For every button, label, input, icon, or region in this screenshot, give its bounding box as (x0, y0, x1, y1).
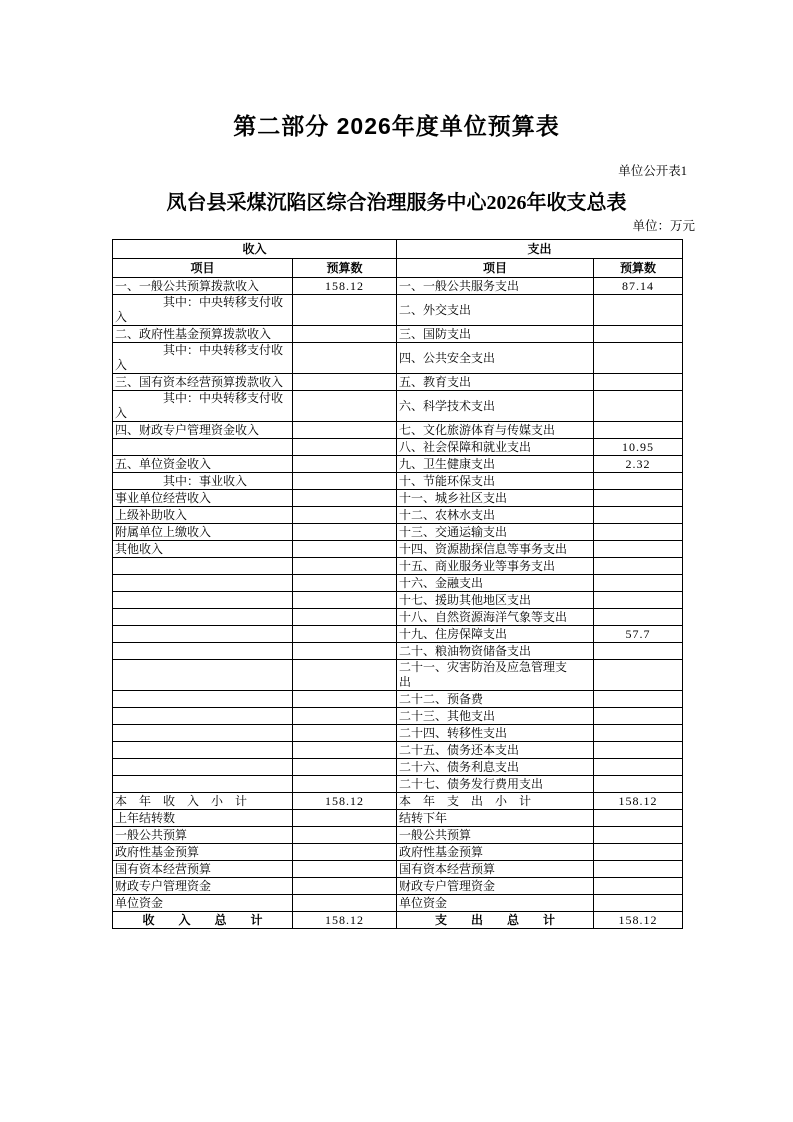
table-row: 二十二、预备费 (113, 691, 683, 708)
table-row: 二十一、灾害防治及应急管理支出 (113, 660, 683, 691)
income-item-cell (113, 626, 293, 643)
income-value-cell (293, 742, 397, 759)
expense-item-cell: 政府性基金预算 (397, 844, 594, 861)
expense-value-cell (594, 295, 683, 326)
expense-value-cell (594, 490, 683, 507)
expense-value-cell (594, 609, 683, 626)
expense-value-cell (594, 643, 683, 660)
income-item-cell: 一般公共预算 (113, 827, 293, 844)
expense-item-cell: 十二、农林水支出 (397, 507, 594, 524)
table-row: 上级补助收入十二、农林水支出 (113, 507, 683, 524)
income-value-cell (293, 827, 397, 844)
income-item-cell: 其中：事业收入 (113, 473, 293, 490)
income-value-cell (293, 524, 397, 541)
table-row: 十八、自然资源海洋气象等支出 (113, 609, 683, 626)
income-value-cell (293, 810, 397, 827)
expense-value-cell (594, 691, 683, 708)
income-value-cell (293, 592, 397, 609)
expense-item-cell: 六、科学技术支出 (397, 391, 594, 422)
table-row: 政府性基金预算政府性基金预算 (113, 844, 683, 861)
expense-value-cell: 57.7 (594, 626, 683, 643)
table-row: 上年结转数结转下年 (113, 810, 683, 827)
table-row: 一般公共预算一般公共预算 (113, 827, 683, 844)
expense-item-cell: 二、外交支出 (397, 295, 594, 326)
expense-item-cell: 十九、住房保障支出 (397, 626, 594, 643)
expense-value-cell (594, 895, 683, 912)
income-value-cell (293, 725, 397, 742)
expense-value-cell (594, 878, 683, 895)
income-value-cell (293, 660, 397, 691)
income-item-cell (113, 575, 293, 592)
budget-table-header: 收入 支出 项目 预算数 项目 预算数 (113, 240, 683, 278)
expense-value-cell (594, 343, 683, 374)
income-item-cell: 一、一般公共预算拨款收入 (113, 278, 293, 295)
expense-item-cell: 二十四、转移性支出 (397, 725, 594, 742)
expense-value-cell (594, 592, 683, 609)
income-item-cell: 其中：中央转移支付收入 (113, 391, 293, 422)
table-row: 本 年 收 入 小 计158.12本 年 支 出 小 计158.12 (113, 793, 683, 810)
table-row: 二十、粮油物资储备支出 (113, 643, 683, 660)
income-item-cell (113, 609, 293, 626)
income-item-cell: 单位资金 (113, 895, 293, 912)
expense-value-cell (594, 759, 683, 776)
income-value-cell (293, 626, 397, 643)
income-value-cell (293, 473, 397, 490)
expense-item-cell: 二十三、其他支出 (397, 708, 594, 725)
table-row: 国有资本经营预算国有资本经营预算 (113, 861, 683, 878)
table-row: 附属单位上缴收入十三、交通运输支出 (113, 524, 683, 541)
expense-item-cell: 八、社会保障和就业支出 (397, 439, 594, 456)
table-row: 十六、金融支出 (113, 575, 683, 592)
expense-value-cell: 2.32 (594, 456, 683, 473)
income-value-cell (293, 456, 397, 473)
income-value-cell (293, 691, 397, 708)
expense-item-cell: 十八、自然资源海洋气象等支出 (397, 609, 594, 626)
income-value-cell (293, 708, 397, 725)
table-row: 四、财政专户管理资金收入七、文化旅游体育与传媒支出 (113, 422, 683, 439)
income-item-cell: 其中：中央转移支付收入 (113, 295, 293, 326)
income-item-cell: 三、国有资本经营预算拨款收入 (113, 374, 293, 391)
table-row: 二十五、债务还本支出 (113, 742, 683, 759)
expense-value-cell (594, 708, 683, 725)
income-value-cell (293, 878, 397, 895)
expense-item-cell: 财政专户管理资金 (397, 878, 594, 895)
total-row: 收 入 总 计158.12支 出 总 计158.12 (113, 912, 683, 929)
expense-value-cell (594, 541, 683, 558)
expense-item-cell: 结转下年 (397, 810, 594, 827)
expense-value-cell (594, 844, 683, 861)
income-item-cell (113, 759, 293, 776)
expense-item-cell: 二十五、债务还本支出 (397, 742, 594, 759)
income-value-cell (293, 759, 397, 776)
expense-value-cell (594, 861, 683, 878)
income-value-cell: 158.12 (293, 912, 397, 929)
expense-item-cell: 五、教育支出 (397, 374, 594, 391)
table-row: 三、国有资本经营预算拨款收入五、教育支出 (113, 374, 683, 391)
income-value-cell: 158.12 (293, 278, 397, 295)
expense-value-cell (594, 507, 683, 524)
expense-value-cell (594, 558, 683, 575)
expense-value-cell (594, 374, 683, 391)
expense-value-cell (594, 810, 683, 827)
income-item-cell: 事业单位经营收入 (113, 490, 293, 507)
income-value-cell (293, 895, 397, 912)
income-value-cell (293, 326, 397, 343)
income-item-cell: 国有资本经营预算 (113, 861, 293, 878)
expense-value-cell: 158.12 (594, 793, 683, 810)
income-item-cell: 附属单位上缴收入 (113, 524, 293, 541)
group-header-row: 收入 支出 (113, 240, 683, 259)
income-value-cell (293, 422, 397, 439)
income-item-cell: 本 年 收 入 小 计 (113, 793, 293, 810)
part-title: 第二部分 2026年度单位预算表 (0, 112, 793, 140)
income-value-cell (293, 391, 397, 422)
income-value-cell (293, 343, 397, 374)
table-row: 事业单位经营收入十一、城乡社区支出 (113, 490, 683, 507)
income-item-cell: 其中：中央转移支付收入 (113, 343, 293, 374)
expense-value-cell (594, 326, 683, 343)
income-value-cell (293, 295, 397, 326)
table-row: 其他收入十四、资源勘探信息等事务支出 (113, 541, 683, 558)
budget-table-title: 凤台县采煤沉陷区综合治理服务中心2026年收支总表 (0, 191, 793, 216)
expense-value-cell (594, 524, 683, 541)
table-row: 二十三、其他支出 (113, 708, 683, 725)
income-item-cell (113, 725, 293, 742)
expense-value-cell (594, 725, 683, 742)
publish-note: 单位公开表1 (0, 164, 687, 179)
income-value-cell (293, 609, 397, 626)
table-row: 单位资金单位资金 (113, 895, 683, 912)
table-row: 其中：事业收入十、节能环保支出 (113, 473, 683, 490)
income-item-cell (113, 660, 293, 691)
expense-item-cell: 二十一、灾害防治及应急管理支出 (397, 660, 594, 691)
expense-value-cell (594, 575, 683, 592)
expense-item-cell: 十五、商业服务业等事务支出 (397, 558, 594, 575)
expense-item-cell: 十四、资源勘探信息等事务支出 (397, 541, 594, 558)
expense-item-cell: 二十、粮油物资储备支出 (397, 643, 594, 660)
table-row: 其中：中央转移支付收入四、公共安全支出 (113, 343, 683, 374)
table-row: 八、社会保障和就业支出10.95 (113, 439, 683, 456)
table-row: 十九、住房保障支出57.7 (113, 626, 683, 643)
expense-group-header: 支出 (397, 240, 683, 259)
table-row: 二十六、债务利息支出 (113, 759, 683, 776)
income-item-cell (113, 439, 293, 456)
expense-item-cell: 二十六、债务利息支出 (397, 759, 594, 776)
income-value-cell (293, 861, 397, 878)
expense-item-cell: 二十七、债务发行费用支出 (397, 776, 594, 793)
income-item-cell (113, 558, 293, 575)
expense-item-cell: 国有资本经营预算 (397, 861, 594, 878)
income-item-cell (113, 592, 293, 609)
expense-value-cell (594, 742, 683, 759)
expense-item-cell: 十、节能环保支出 (397, 473, 594, 490)
income-item-cell (113, 643, 293, 660)
income-value-cell (293, 507, 397, 524)
income-item-cell: 五、单位资金收入 (113, 456, 293, 473)
income-item-cell: 收 入 总 计 (113, 912, 293, 929)
income-value-cell (293, 541, 397, 558)
income-item-cell: 其他收入 (113, 541, 293, 558)
income-value-cell: 158.12 (293, 793, 397, 810)
expense-item-cell: 支 出 总 计 (397, 912, 594, 929)
table-row: 二、政府性基金预算拨款收入三、国防支出 (113, 326, 683, 343)
expense-value-cell: 158.12 (594, 912, 683, 929)
income-value-cell (293, 575, 397, 592)
table-row: 其中：中央转移支付收入六、科学技术支出 (113, 391, 683, 422)
table-row: 十五、商业服务业等事务支出 (113, 558, 683, 575)
column-header-row: 项目 预算数 项目 预算数 (113, 259, 683, 278)
page-container: 第二部分 2026年度单位预算表 单位公开表1 凤台县采煤沉陷区综合治理服务中心… (0, 0, 793, 1122)
income-value-cell (293, 439, 397, 456)
expense-item-cell: 十一、城乡社区支出 (397, 490, 594, 507)
income-item-col-header: 项目 (113, 259, 293, 278)
table-row: 一、一般公共预算拨款收入158.12一、一般公共服务支出87.14 (113, 278, 683, 295)
expense-value-cell (594, 776, 683, 793)
budget-table-body: 一、一般公共预算拨款收入158.12一、一般公共服务支出87.14其中：中央转移… (113, 278, 683, 929)
expense-value-cell (594, 660, 683, 691)
table-row: 十七、援助其他地区支出 (113, 592, 683, 609)
unit-note: 单位：万元 (0, 219, 695, 234)
table-row: 财政专户管理资金财政专户管理资金 (113, 878, 683, 895)
expense-value-cell: 87.14 (594, 278, 683, 295)
table-row: 二十四、转移性支出 (113, 725, 683, 742)
income-item-cell (113, 742, 293, 759)
income-value-cell (293, 643, 397, 660)
income-value-cell (293, 844, 397, 861)
expense-item-cell: 二十二、预备费 (397, 691, 594, 708)
expense-item-cell: 七、文化旅游体育与传媒支出 (397, 422, 594, 439)
expense-value-cell (594, 473, 683, 490)
income-item-cell: 二、政府性基金预算拨款收入 (113, 326, 293, 343)
expense-item-cell: 十六、金融支出 (397, 575, 594, 592)
expense-value-cell (594, 422, 683, 439)
income-item-cell (113, 776, 293, 793)
expense-item-cell: 三、国防支出 (397, 326, 594, 343)
table-row: 二十七、债务发行费用支出 (113, 776, 683, 793)
income-item-cell: 上级补助收入 (113, 507, 293, 524)
income-value-cell (293, 490, 397, 507)
income-item-cell: 财政专户管理资金 (113, 878, 293, 895)
expense-item-cell: 九、卫生健康支出 (397, 456, 594, 473)
expense-value-cell (594, 827, 683, 844)
expense-item-col-header: 项目 (397, 259, 594, 278)
expense-item-cell: 单位资金 (397, 895, 594, 912)
table-row: 五、单位资金收入九、卫生健康支出2.32 (113, 456, 683, 473)
income-value-cell (293, 558, 397, 575)
expense-item-cell: 一、一般公共服务支出 (397, 278, 594, 295)
expense-value-cell (594, 391, 683, 422)
income-item-cell: 上年结转数 (113, 810, 293, 827)
income-item-cell: 政府性基金预算 (113, 844, 293, 861)
income-item-cell: 四、财政专户管理资金收入 (113, 422, 293, 439)
income-group-header: 收入 (113, 240, 397, 259)
expense-item-cell: 十七、援助其他地区支出 (397, 592, 594, 609)
expense-item-cell: 四、公共安全支出 (397, 343, 594, 374)
income-item-cell (113, 708, 293, 725)
budget-table: 收入 支出 项目 预算数 项目 预算数 一、一般公共预算拨款收入158.12一、… (112, 239, 683, 929)
expense-item-cell: 十三、交通运输支出 (397, 524, 594, 541)
income-item-cell (113, 691, 293, 708)
expense-item-cell: 一般公共预算 (397, 827, 594, 844)
income-value-cell (293, 374, 397, 391)
table-row: 其中：中央转移支付收入二、外交支出 (113, 295, 683, 326)
expense-value-cell: 10.95 (594, 439, 683, 456)
income-value-cell (293, 776, 397, 793)
income-budget-col-header: 预算数 (293, 259, 397, 278)
expense-budget-col-header: 预算数 (594, 259, 683, 278)
expense-item-cell: 本 年 支 出 小 计 (397, 793, 594, 810)
